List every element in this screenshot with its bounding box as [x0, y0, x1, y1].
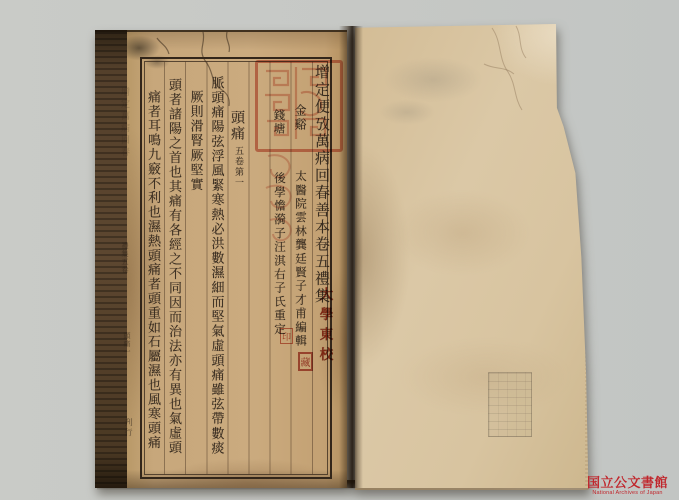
- right-page: [355, 24, 592, 490]
- collector-seal-pattern: [258, 63, 334, 143]
- archive-logo-english: National Archives of Japan: [587, 491, 668, 497]
- fold-leaf-number: 頭痛一: [123, 332, 130, 356]
- archive-logo-japanese: 国立公文書館: [587, 477, 668, 491]
- section-subtitle: 五卷第一: [233, 146, 242, 188]
- body-column-4: 痛者耳鳴九竅不利也濕熱頭痛者頭重如石屬濕也風寒頭痛: [146, 90, 159, 450]
- faint-seal-pattern: [258, 148, 304, 252]
- page-gutter-shadow: [339, 26, 363, 488]
- library-stamp: 大學東校: [317, 287, 331, 367]
- page-edge-stripes: [585, 24, 592, 488]
- torn-corner-creases: [482, 24, 572, 134]
- archive-logo: 国立公文書館 National Archives of Japan: [587, 477, 668, 496]
- ghost-stamp-showthrough: [488, 372, 532, 437]
- photo-background: 增定便攷萬病回春善本卷五禮集 金谿 太醫院雲林龔廷賢子才甫編輯 錢塘 後學憺漪子…: [0, 0, 679, 500]
- fold-collection-mark: 禮集五卷: [121, 242, 128, 274]
- section-title: 頭痛: [230, 110, 244, 142]
- in-seal: 印: [280, 328, 293, 344]
- collector-seal: [255, 60, 343, 152]
- fold-running-title: 增定萬病回春: [119, 87, 128, 159]
- body-column-2: 厥則滑腎厥堅實: [189, 90, 202, 192]
- faint-seal-impression: [258, 148, 304, 252]
- book-photo: 增定便攷萬病回春善本卷五禮集 金谿 太醫院雲林龔廷賢子才甫編輯 錢塘 後學憺漪子…: [95, 24, 592, 490]
- body-column-1: 脈頭痛陽弦浮風緊寒熱必洪數濕細而堅氣虛頭痛雖弦帶數痰: [210, 76, 223, 456]
- body-column-3: 頭者諸陽之首也其痛有各經之不同因而治法亦有異也氣虛頭: [167, 78, 180, 455]
- fold-publisher-mark: 刋行: [124, 418, 132, 438]
- left-page: 增定便攷萬病回春善本卷五禮集 金谿 太醫院雲林龔廷賢子才甫編輯 錢塘 後學憺漪子…: [127, 30, 347, 488]
- zo-seal: 藏: [298, 352, 313, 371]
